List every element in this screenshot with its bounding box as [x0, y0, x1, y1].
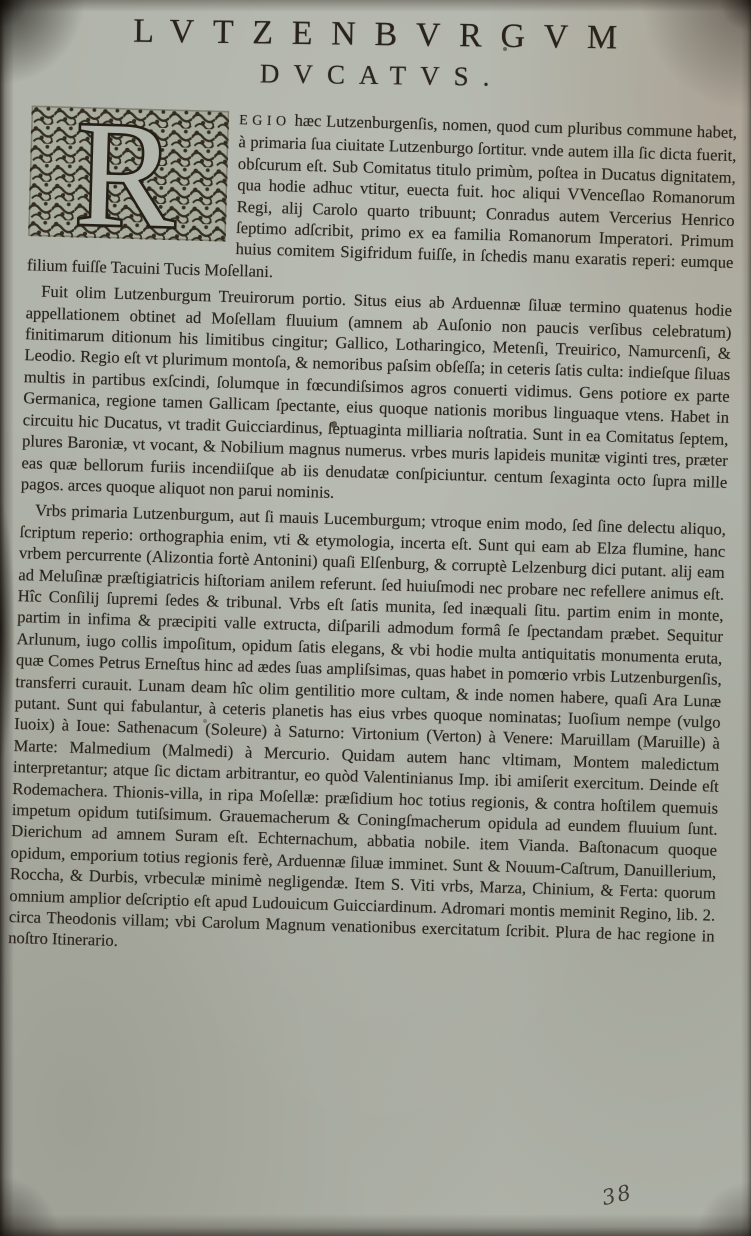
drop-cap-letter: R [73, 105, 178, 241]
paragraph-text: Fuit olim Lutzenburgum Treuirorum portio… [21, 282, 733, 502]
decorated-initial: R [28, 105, 230, 241]
paragraph-2: Fuit olim Lutzenburgum Treuirorum portio… [21, 280, 733, 514]
text-block: R EGIOhæc Lutzenburgenſis, nomen, quod c… [8, 102, 737, 968]
paragraph-3: Vrbs primaria Lutzenburgum, aut ſi mauis… [8, 499, 726, 968]
page-title: LVTZENBVRGVM [22, 9, 729, 61]
drop-cap-R-woodcut: R [28, 105, 230, 241]
paragraph-text: Vrbs primaria Lutzenburgum, aut ſi mauis… [8, 501, 726, 951]
masthead: LVTZENBVRGVM DVCATVS. [21, 9, 728, 97]
page-subtitle: DVCATVS. [21, 53, 727, 97]
paragraph-1: R EGIOhæc Lutzenburgenſis, nomen, quod c… [27, 102, 738, 295]
paragraph-opening-capitals: EGIO [239, 113, 291, 129]
book-page: LVTZENBVRGVM DVCATVS. [0, 0, 751, 1236]
ink-stain [503, 47, 507, 51]
page-content: LVTZENBVRGVM DVCATVS. [22, 14, 728, 959]
ink-stain [203, 719, 207, 723]
page-number: 38 [600, 1182, 635, 1209]
